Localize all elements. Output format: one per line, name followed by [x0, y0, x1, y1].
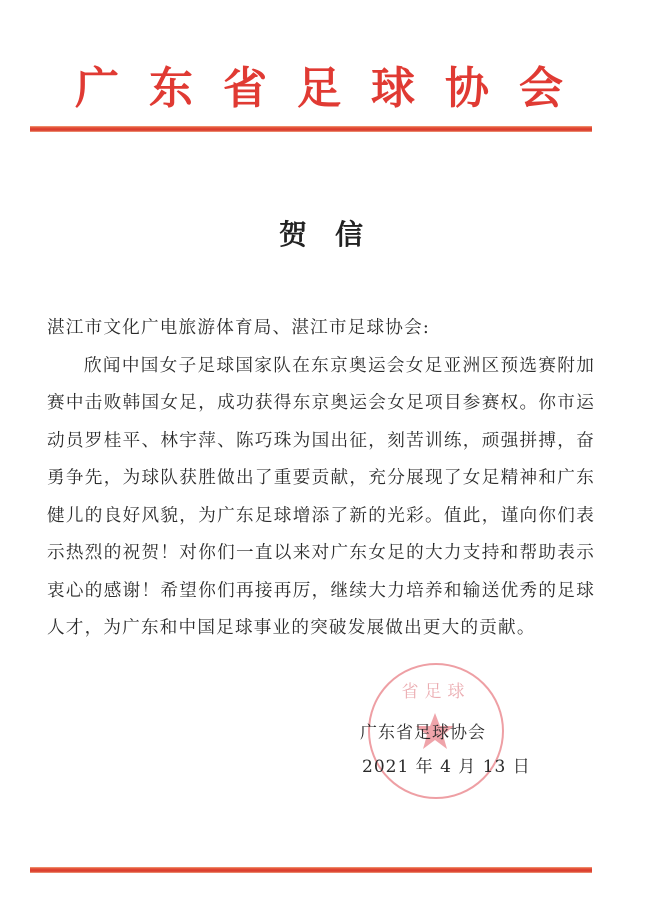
letterhead-org-name: 广东省足球协会: [0, 52, 650, 116]
footer-divider: [30, 867, 592, 873]
letterhead-divider: [30, 126, 592, 132]
seal-text: 省足球: [370, 677, 502, 702]
signature-date: 2021 年 4 月 13 日: [362, 752, 531, 777]
letter-body: 湛江市文化广电旅游体育局、湛江市足球协会: 欣闻中国女子足球国家队在东京奥运会女…: [47, 310, 595, 648]
letter-paragraph: 欣闻中国女子足球国家队在东京奥运会女足亚洲区预选赛附加赛中击败韩国女足，成功获得…: [47, 348, 595, 648]
document-title: 贺信: [0, 213, 650, 253]
signature-org: 广东省足球协会: [360, 718, 486, 743]
recipient-line: 湛江市文化广电旅游体育局、湛江市足球协会:: [47, 310, 595, 348]
